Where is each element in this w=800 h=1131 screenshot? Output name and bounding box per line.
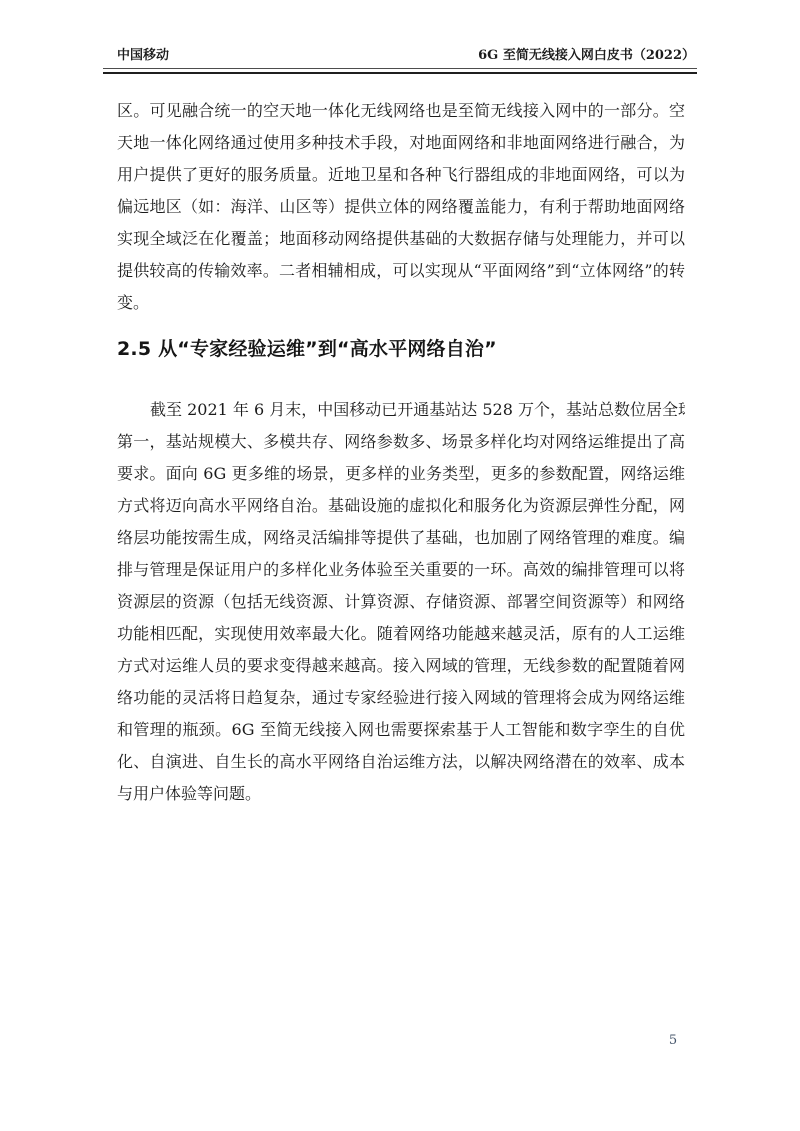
paragraph-line: 要求。面向 6G 更多维的场景，更多样的业务类型，更多的参数配置，网络运维 <box>117 458 685 490</box>
paragraph-line: 资源层的资源（包括无线资源、计算资源、存储资源、部署空间资源等）和网络 <box>117 586 685 618</box>
paragraph-line: 化、自演进、自生长的高水平网络自治运维方法，以解决网络潜在的效率、成本 <box>117 746 685 778</box>
paragraph-line: 偏远地区（如：海洋、山区等）提供立体的网络覆盖能力，有利于帮助地面网络 <box>117 191 685 223</box>
page-number: 5 <box>655 1031 691 1051</box>
paragraph-line: 区。可见融合统一的空天地一体化无线网络也是至简无线接入网中的一部分。空 <box>117 95 685 127</box>
paragraph-line: 变。 <box>117 287 685 319</box>
paragraph-line: 功能相匹配，实现使用效率最大化。随着网络功能越来越灵活，原有的人工运维 <box>117 618 685 650</box>
header-rule <box>103 72 697 74</box>
document-page: 中国移动 6G 至简无线接入网白皮书（2022） 区。可见融合统一的空天地一体化… <box>0 0 800 1131</box>
paragraph-line: 截至 2021 年 6 月末，中国移动已开通基站达 528 万个，基站总数位居全… <box>117 394 685 426</box>
paragraph-1: 区。可见融合统一的空天地一体化无线网络也是至简无线接入网中的一部分。空 天地一体… <box>117 95 685 319</box>
paragraph-line: 络层功能按需生成，网络灵活编排等提供了基础，也加剧了网络管理的难度。编 <box>117 522 685 554</box>
paragraph-line: 第一，基站规模大、多模共存、网络参数多、场景多样化均对网络运维提出了高 <box>117 426 685 458</box>
paragraph-line: 络功能的灵活将日趋复杂，通过专家经验进行接入网域的管理将会成为网络运维 <box>117 682 685 714</box>
paragraph-line: 用户提供了更好的服务质量。近地卫星和各种飞行器组成的非地面网络，可以为 <box>117 159 685 191</box>
header-company-name: 中国移动 <box>117 48 169 64</box>
paragraph-line: 天地一体化网络通过使用多种技术手段，对地面网络和非地面网络进行融合，为 <box>117 127 685 159</box>
paragraph-line: 与用户体验等问题。 <box>117 778 685 810</box>
paragraph-line: 方式将迈向高水平网络自治。基础设施的虚拟化和服务化为资源层弹性分配，网 <box>117 490 685 522</box>
paragraph-line: 和管理的瓶颈。6G 至简无线接入网也需要探索基于人工智能和数字孪生的自优 <box>117 714 685 746</box>
page-header: 中国移动 6G 至简无线接入网白皮书（2022） <box>103 48 697 74</box>
header-document-title: 6G 至简无线接入网白皮书（2022） <box>478 48 695 64</box>
paragraph-line: 提供较高的传输效率。二者相辅相成，可以实现从“平面网络”到“立体网络”的转 <box>117 255 685 287</box>
section-heading: 2.5 从“专家经验运维”到“高水平网络自治” <box>117 334 685 364</box>
paragraph-2: 截至 2021 年 6 月末，中国移动已开通基站达 528 万个，基站总数位居全… <box>117 394 685 810</box>
paragraph-line: 方式对运维人员的要求变得越来越高。接入网域的管理，无线参数的配置随着网 <box>117 650 685 682</box>
paragraph-line: 实现全域泛在化覆盖；地面移动网络提供基础的大数据存储与处理能力，并可以 <box>117 223 685 255</box>
paragraph-line: 排与管理是保证用户的多样化业务体验至关重要的一环。高效的编排管理可以将 <box>117 554 685 586</box>
page-header-row: 中国移动 6G 至简无线接入网白皮书（2022） <box>103 48 697 69</box>
